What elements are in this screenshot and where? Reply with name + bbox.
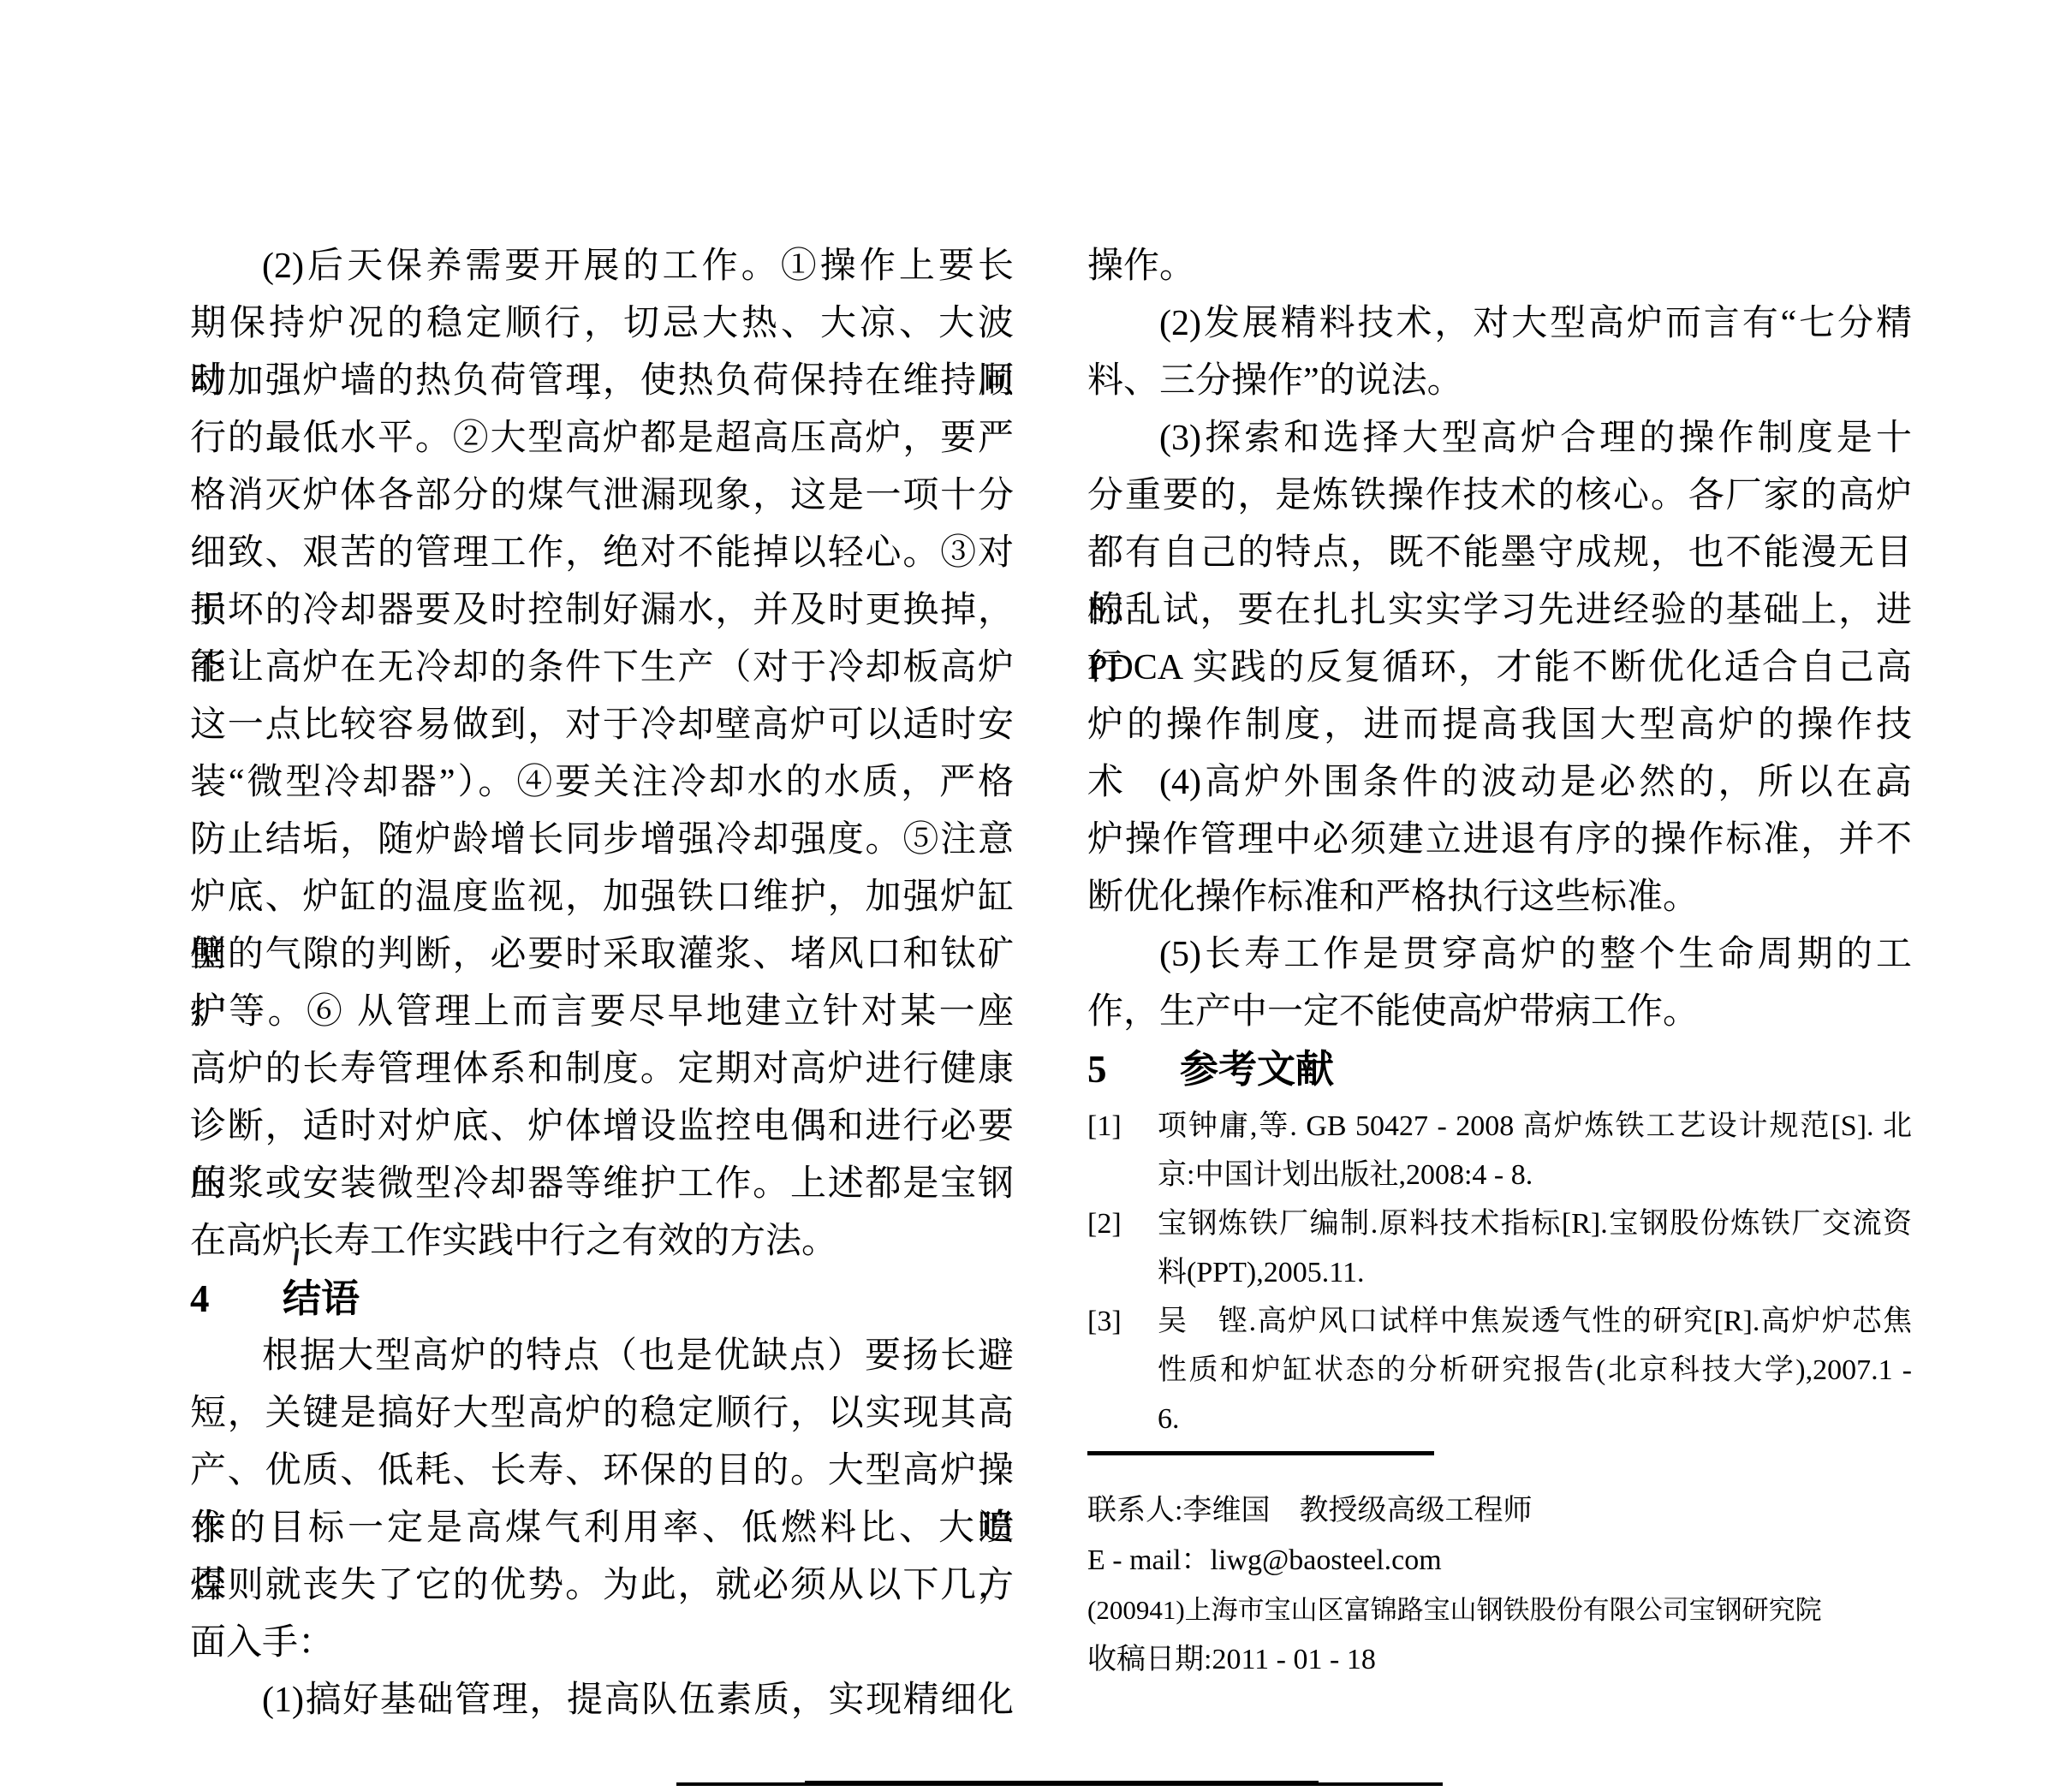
left-column-lines: (2)后天保养需要开展的工作。①操作上要长期保持炉况的稳定顺行，切忌大热、大凉、… [190, 238, 1014, 1729]
reference-line: 料(PPT),2005.11. [1158, 1248, 1912, 1297]
text-line: 作，生产中一定不能使高炉带病工作。 [1087, 984, 1912, 1041]
reference-item: [2]宝钢炼铁厂编制.原料技术指标[R].宝钢股份炼铁厂交流资料(PPT),20… [1087, 1199, 1912, 1297]
text-line: 期保持炉况的稳定顺行，切忌大热、大凉、大波动，同 [190, 295, 1014, 353]
text-line: 装“微型冷却器”）。④要关注冷却水的水质，严格 [190, 754, 1014, 812]
left-column: (2)后天保养需要开展的工作。①操作上要长期保持炉况的稳定顺行，切忌大热、大凉、… [190, 238, 1014, 1729]
section-title: 参考文献 [1180, 1048, 1334, 1091]
reference-marker: [3] [1087, 1297, 1122, 1346]
right-column-lines: 操作。(2)发展精料技术，对大型高炉而言有“七分精料、三分操作”的说法。(3)探… [1087, 238, 1912, 1098]
text-line: 这一点比较容易做到，对于冷却壁高炉可以适时安 [190, 697, 1014, 754]
section-number: 4 [190, 1270, 283, 1328]
section-number: 5 [1087, 1041, 1180, 1098]
page-bottom-rule [676, 1782, 1443, 1786]
text-line: (2)发展精料技术，对大型高炉而言有“七分精 [1087, 295, 1912, 353]
text-line: 炉操作管理中必须建立进退有序的操作标准，并不 [1087, 812, 1912, 869]
text-line: 否则就丧失了它的优势。为此，就必须从以下几方 [190, 1557, 1014, 1615]
received-date: 收稿日期:2011 - 01 - 18 [1087, 1635, 1912, 1685]
contact-address: (200941)上海市宝山区富锦路宝山钢铁股份有限公司宝钢研究院 [1087, 1586, 1912, 1635]
footnote-divider [1087, 1451, 1434, 1455]
text-line: (5)长寿工作是贯穿高炉的整个生命周期的工 [1087, 926, 1912, 984]
reference-marker: [2] [1087, 1199, 1122, 1248]
text-line: (1)搞好基础管理，提高队伍素质，实现精细化 [190, 1672, 1014, 1729]
text-line: 时加强炉墙的热负荷管理，使热负荷保持在维持顺 [190, 353, 1014, 410]
contact-person: 联系人:李维国 教授级高级工程师 [1087, 1486, 1912, 1536]
text-line: (4)高炉外围条件的波动是必然的，所以在高 [1087, 754, 1912, 812]
text-line: (3)探索和选择大型高炉合理的操作制度是十 [1087, 410, 1912, 467]
section-heading: 5参考文献 [1087, 1041, 1912, 1098]
text-line: 壁的气隙的判断，必要时采取灌浆、堵风口和钛矿护 [190, 926, 1014, 984]
reference-list: [1]项钟庸,等. GB 50427 - 2008 高炉炼铁工艺设计规范[S].… [1087, 1102, 1912, 1443]
text-line: 炉的操作制度，进而提高我国大型高炉的操作技术。 [1087, 697, 1912, 754]
text-line: 在高炉长寿工作实践中行之有效的方法。 [190, 1213, 1014, 1270]
text-line: 根据大型高炉的特点（也是优缺点）要扬长避 [190, 1328, 1014, 1385]
reference-line: 宝钢炼铁厂编制.原料技术指标[R].宝钢股份炼铁厂交流资 [1158, 1199, 1912, 1248]
section-title: 结语 [283, 1277, 360, 1320]
section-heading: 4结语 [190, 1270, 1014, 1328]
text-line: (2)后天保养需要开展的工作。①操作上要长 [190, 238, 1014, 295]
text-line: 高炉的长寿管理体系和制度。定期对高炉进行健康 [190, 1041, 1014, 1098]
reference-item: [1]项钟庸,等. GB 50427 - 2008 高炉炼铁工艺设计规范[S].… [1087, 1102, 1912, 1199]
text-line: 诊断，适时对炉底、炉体增设监控电偶和进行必要的 [190, 1098, 1014, 1156]
text-line: 能让高炉在无冷却的条件下生产（对于冷却板高炉 [190, 640, 1014, 697]
text-line: 损坏的冷却器要及时控制好漏水，并及时更换掉，不 [190, 582, 1014, 640]
text-line: 行的最低水平。②大型高炉都是超高压高炉，要严 [190, 410, 1014, 467]
reference-item: [3]吴 铿.高炉风口试样中焦炭透气性的研究[R].高炉炉芯焦性质和炉缸状态的分… [1087, 1297, 1912, 1443]
reference-line: 性质和炉缸状态的分析研究报告(北京科技大学),2007.1 - [1158, 1346, 1912, 1395]
text-line: 格消灭炉体各部分的煤气泄漏现象，这是一项十分 [190, 467, 1014, 525]
text-line: 防止结垢，随炉龄增长同步增强冷却强度。⑤注意 [190, 812, 1014, 869]
text-line: 短，关键是搞好大型高炉的稳定顺行，以实现其高 [190, 1385, 1014, 1443]
contact-email: E - mail：liwg@baosteel.com [1087, 1536, 1912, 1586]
contact-block: 联系人:李维国 教授级高级工程师 E - mail：liwg@baosteel.… [1087, 1486, 1912, 1685]
text-line: 炉等。⑥ 从管理上而言要尽早地建立针对某一座 [190, 984, 1014, 1041]
text-line: 求的目标一定是高煤气利用率、低燃料比、大喷煤， [190, 1500, 1014, 1557]
reference-line: 京:中国计划出版社,2008:4 - 8. [1158, 1151, 1912, 1199]
text-line: 产、优质、低耗、长寿、环保的目的。大型高炉操作追 [190, 1443, 1014, 1500]
reference-line: 6. [1158, 1395, 1912, 1443]
text-line: 炉底、炉缸的温度监视，加强铁口维护，加强炉缸侧 [190, 869, 1014, 926]
text-line: 的乱试，要在扎扎实实学习先进经验的基础上，进行 [1087, 582, 1912, 640]
right-column: 操作。(2)发展精料技术，对大型高炉而言有“七分精料、三分操作”的说法。(3)探… [1087, 238, 1912, 1685]
reference-marker: [1] [1087, 1102, 1122, 1151]
text-line: 断优化操作标准和严格执行这些标准。 [1087, 869, 1912, 926]
text-line: 料、三分操作”的说法。 [1087, 353, 1912, 410]
text-line: 压浆或安装微型冷却器等维护工作。上述都是宝钢 [190, 1156, 1014, 1213]
reference-line: 吴 铿.高炉风口试样中焦炭透气性的研究[R].高炉炉芯焦 [1158, 1297, 1912, 1346]
text-line: 分重要的，是炼铁操作技术的核心。各厂家的高炉 [1087, 467, 1912, 525]
text-line: 操作。 [1087, 238, 1912, 295]
text-line: PDCA 实践的反复循环，才能不断优化适合自己高 [1087, 640, 1912, 697]
text-line: 细致、艰苦的管理工作，绝对不能掉以轻心。③对于 [190, 525, 1014, 582]
reference-line: 项钟庸,等. GB 50427 - 2008 高炉炼铁工艺设计规范[S]. 北 [1158, 1102, 1912, 1151]
text-line: 都有自己的特点，既不能墨守成规，也不能漫无目标 [1087, 525, 1912, 582]
text-line: 面入手： [190, 1615, 1014, 1672]
